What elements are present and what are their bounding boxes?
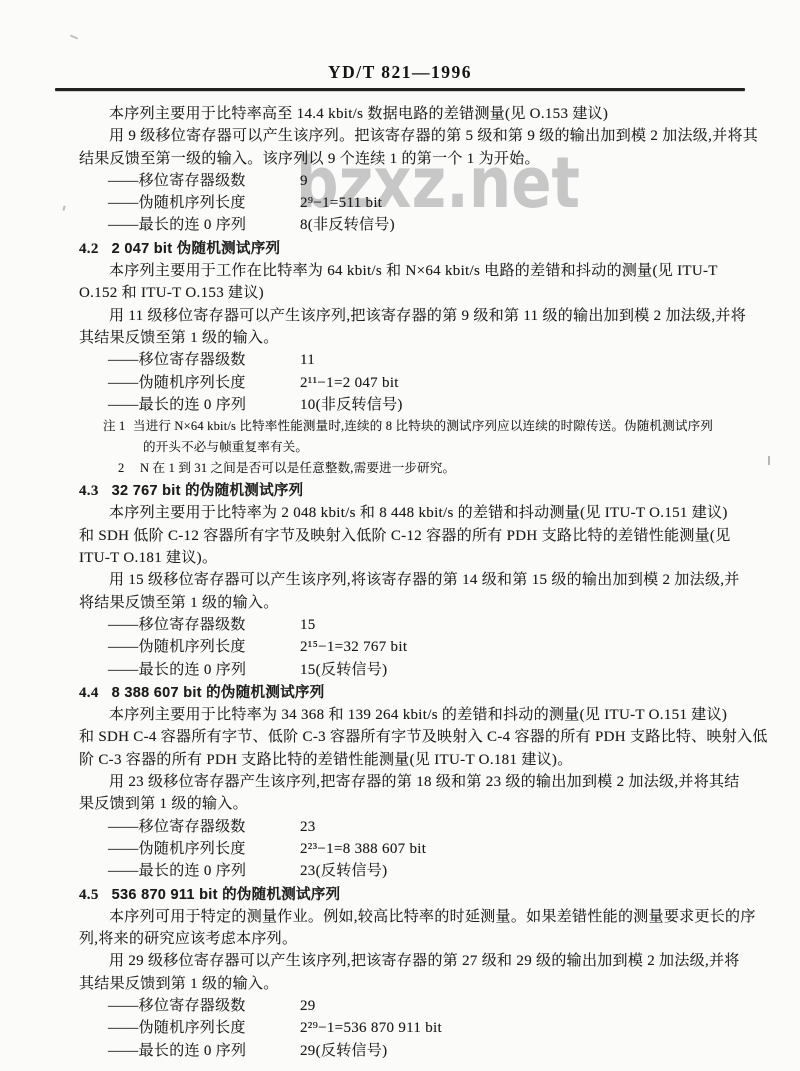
list-item: ——最长的连 0 序列 15(反转信号) (79, 659, 739, 681)
document-page: YD/T 821—1996 bzxz.net 本序列主要用于比特率高至 14.4… (0, 0, 800, 1071)
scan-artifact (62, 205, 68, 211)
header-rule (55, 88, 745, 91)
para-line: 其结果反馈至第 1 级的输入。 (79, 327, 739, 349)
list-item: ——移位寄存器级数 9 (79, 170, 739, 192)
list-item-label: ——最长的连 0 序列 (108, 662, 246, 678)
list-item-label: ——移位寄存器级数 (108, 173, 246, 189)
scan-artifact (70, 34, 78, 39)
list-item-label: ——最长的连 0 序列 (108, 863, 246, 879)
list-item: ——移位寄存器级数 15 (79, 614, 739, 636)
section-number: 4.5 (79, 884, 99, 906)
list-item-label: ——最长的连 0 序列 (108, 217, 246, 233)
list-item-value: 10(非反转信号) (300, 394, 403, 416)
para-line: 果反馈到第 1 级的输入。 (79, 793, 739, 815)
list-item-label: ——伪随机序列长度 (108, 195, 246, 211)
list-item: ——移位寄存器级数 11 (79, 349, 739, 371)
section-heading: 4.332 767 bit 的伪随机测试序列 (79, 480, 739, 502)
list-item-value: 23(反转信号) (300, 860, 387, 882)
list-item: ——最长的连 0 序列 23(反转信号) (79, 860, 739, 882)
list-item-label: ——移位寄存器级数 (108, 617, 246, 633)
list-item-value: 2²³−1=8 388 607 bit (300, 838, 426, 860)
para-line: 用 29 级移位寄存器可以产生该序列,把该寄存器的第 27 级和 29 级的输出… (79, 950, 739, 972)
para-line: 本序列可用于特定的测量作业。例如,较高比特率的时延测量。如果差错性能的测量要求更… (79, 906, 739, 928)
list-item-label: ——伪随机序列长度 (108, 841, 246, 857)
list-item: ——最长的连 0 序列 8(非反转信号) (79, 214, 739, 236)
list-item-label: ——最长的连 0 序列 (108, 1043, 246, 1059)
list-item-label: ——最长的连 0 序列 (108, 397, 246, 413)
list-item-value: 15 (300, 614, 316, 636)
para-line: ITU-T O.181 建议)。 (79, 547, 739, 569)
para-line: 用 23 级移位寄存器产生该序列,把寄存器的第 18 级和第 23 级的输出加到… (79, 771, 739, 793)
para-line: 将结果反馈至第 1 级的输入。 (79, 592, 739, 614)
list-item: ——最长的连 0 序列 10(非反转信号) (79, 394, 739, 416)
para-line: 本序列主要用于比特率为 34 368 和 139 264 kbit/s 的差错和… (79, 704, 739, 726)
section-title: 2 047 bit 伪随机测试序列 (112, 241, 281, 257)
section-number: 4.4 (79, 682, 99, 704)
list-item-label: ——伪随机序列长度 (108, 1020, 246, 1036)
note-line: 注 1当进行 N×64 kbit/s 比特率性能测量时,连续的 8 比特块的测试… (79, 416, 739, 437)
list-item-value: 23 (300, 816, 316, 838)
list-item: ——移位寄存器级数 23 (79, 816, 739, 838)
para-line: 阶 C-3 容器的所有 PDH 支路比特的差错性能测量(见 ITU-T O.18… (79, 749, 739, 771)
list-item-label: ——伪随机序列长度 (108, 639, 246, 655)
para-line: 和 SDH C-4 容器所有字节、低阶 C-3 容器所有字节及映射入 C-4 容… (79, 726, 739, 748)
section-title: 8 388 607 bit 的伪随机测试序列 (112, 685, 325, 701)
para-line: 列,将来的研究应该考虑本序列。 (79, 928, 739, 950)
list-item-value: 2¹⁵−1=32 767 bit (300, 636, 407, 658)
list-item: ——伪随机序列长度 2²³−1=8 388 607 bit (79, 838, 739, 860)
list-item: ——伪随机序列长度 2¹¹−1=2 047 bit (79, 372, 739, 394)
document-content: 本序列主要用于比特率高至 14.4 kbit/s 数据电路的差错测量(见 O.1… (79, 103, 739, 1062)
note-text: N 在 1 到 31 之间是否可以是任意整数,需要进一步研究。 (140, 461, 455, 475)
list-item-label: ——移位寄存器级数 (108, 998, 246, 1014)
list-item-value: 2²⁹−1=536 870 911 bit (300, 1017, 442, 1039)
list-item-label: ——伪随机序列长度 (108, 375, 246, 391)
para-line: 结果反馈至第一级的输入。该序列以 9 个连续 1 的第一个 1 为开始。 (79, 148, 739, 170)
list-item-value: 8(非反转信号) (300, 214, 395, 236)
section-title: 536 870 911 bit 的伪随机测试序列 (112, 887, 341, 903)
para-line: 和 SDH 低阶 C-12 容器所有字节及映射入低阶 C-12 容器的所有 PD… (79, 525, 739, 547)
para-line: 用 11 级移位寄存器可以产生该序列,把该寄存器的第 9 级和第 11 级的输出… (79, 305, 739, 327)
notes-block: 注 1当进行 N×64 kbit/s 比特率性能测量时,连续的 8 比特块的测试… (79, 416, 739, 479)
para-line: 其结果反馈到第 1 级的输入。 (79, 973, 739, 995)
list-item: ——伪随机序列长度 2²⁹−1=536 870 911 bit (79, 1017, 739, 1039)
list-item-label: ——移位寄存器级数 (108, 819, 246, 835)
list-item: ——伪随机序列长度 2¹⁵−1=32 767 bit (79, 636, 739, 658)
list-item: ——伪随机序列长度 2⁹−1=511 bit (79, 192, 739, 214)
section-number: 4.3 (79, 480, 99, 502)
para-line: 用 9 级移位寄存器可以产生该序列。把该寄存器的第 5 级和第 9 级的输出加到… (79, 125, 739, 147)
note-text: 当进行 N×64 kbit/s 比特率性能测量时,连续的 8 比特块的测试序列应… (133, 419, 713, 433)
para-line: 本序列主要用于比特率高至 14.4 kbit/s 数据电路的差错测量(见 O.1… (79, 103, 739, 125)
para-line: O.152 和 ITU-T O.153 建议) (79, 282, 739, 304)
section-heading: 4.22 047 bit 伪随机测试序列 (79, 238, 739, 260)
scan-artifact (768, 456, 770, 465)
section-number: 4.2 (79, 238, 99, 260)
list-item-value: 2⁹−1=511 bit (300, 192, 382, 214)
note-label: 2 (118, 458, 140, 479)
list-item-value: 15(反转信号) (300, 659, 387, 681)
list-item: ——最长的连 0 序列 29(反转信号) (79, 1040, 739, 1062)
list-item-value: 11 (300, 349, 315, 371)
section-heading: 4.48 388 607 bit 的伪随机测试序列 (79, 682, 739, 704)
para-line: 本序列主要用于比特率为 2 048 kbit/s 和 8 448 kbit/s … (79, 502, 739, 524)
list-item-value: 29 (300, 995, 316, 1017)
list-item-label: ——移位寄存器级数 (108, 352, 246, 368)
note-line: 2N 在 1 到 31 之间是否可以是任意整数,需要进一步研究。 (79, 458, 739, 479)
para-line: 本序列主要用于工作在比特率为 64 kbit/s 和 N×64 kbit/s 电… (79, 260, 739, 282)
section-heading: 4.5536 870 911 bit 的伪随机测试序列 (79, 884, 739, 906)
para-line: 用 15 级移位寄存器可以产生该序列,将该寄存器的第 14 级和第 15 级的输… (79, 569, 739, 591)
list-item-value: 2¹¹−1=2 047 bit (300, 372, 399, 394)
doc-number: YD/T 821—1996 (0, 62, 800, 83)
list-item-value: 29(反转信号) (300, 1040, 387, 1062)
list-item-value: 9 (300, 170, 308, 192)
list-item: ——移位寄存器级数 29 (79, 995, 739, 1017)
note-line: 的开头不必与帧重复率有关。 (79, 437, 739, 458)
note-label: 注 1 (103, 416, 133, 437)
section-title: 32 767 bit 的伪随机测试序列 (112, 483, 304, 499)
